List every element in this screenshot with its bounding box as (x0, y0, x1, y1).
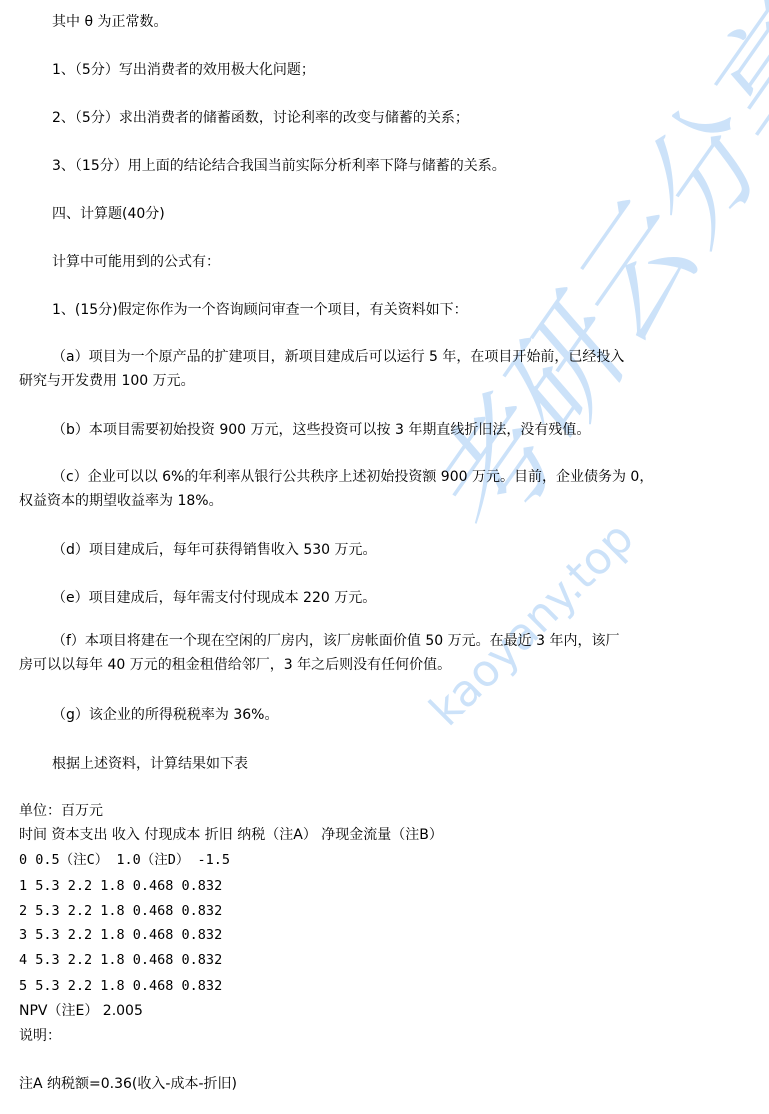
table-intro: 根据上述资料，计算结果如下表 (52, 755, 248, 773)
item-f: （f）本项目将建在一个现在空闲的厂房内，该厂房帐面价值 50 万元。在最近 3 … (52, 632, 619, 650)
item-e: （e）项目建成后，每年需支付付现成本 220 万元。 (52, 589, 376, 607)
npv-row: NPV（注E） 2.005 (19, 1002, 143, 1020)
calc-question-1: 1、(15分)假定你作为一个咨询顾问审查一个项目，有关资料如下： (52, 301, 468, 319)
table-unit: 单位：百万元 (19, 802, 103, 820)
item-b: （b）本项目需要初始投资 900 万元，这些投资可以按 3 年期直线折旧法，没有… (52, 421, 590, 439)
table-row-4: 4 5.3 2.2 1.8 0.468 0.832 (19, 951, 222, 969)
item-a: （a）项目为一个原产品的扩建项目，新项目建成后可以运行 5 年，在项目开始前，已… (52, 348, 624, 366)
section-heading-calc: 四、计算题(40分) (52, 205, 165, 223)
table-row-3: 3 5.3 2.2 1.8 0.468 0.832 (19, 926, 222, 944)
paragraph-theta: 其中 θ 为正常数。 (52, 13, 167, 31)
item-d: （d）项目建成后，每年可获得销售收入 530 万元。 (52, 541, 377, 559)
item-c: （c）企业可以以 6%的年利率从银行公共秩序上述初始投资额 900 万元。目前，… (52, 468, 653, 486)
item-c-cont: 权益资本的期望收益率为 18%。 (19, 492, 223, 510)
question-2: 2、（5分）求出消费者的储蓄函数，讨论利率的改变与储蓄的关系； (52, 109, 469, 127)
item-f-cont: 房可以以每年 40 万元的租金租借给邻厂，3 年之后则没有任何价值。 (19, 656, 451, 674)
watermark-url: kaoyany.top (420, 512, 644, 736)
question-1: 1、（5分）写出消费者的效用极大化问题； (52, 61, 315, 79)
item-a-cont: 研究与开发费用 100 万元。 (19, 372, 195, 390)
table-row-5: 5 5.3 2.2 1.8 0.468 0.832 (19, 977, 222, 995)
formula-intro: 计算中可能用到的公式有： (52, 253, 220, 271)
table-row-0: 0 0.5（注C） 1.0（注D） -1.5 (19, 851, 230, 869)
table-row-2: 2 5.3 2.2 1.8 0.468 0.832 (19, 902, 222, 920)
table-header: 时间 资本支出 收入 付现成本 折旧 纳税（注A） 净现金流量（注B） (19, 826, 443, 844)
table-row-1: 1 5.3 2.2 1.8 0.468 0.832 (19, 877, 222, 895)
explain-label: 说明： (19, 1027, 61, 1045)
note-a: 注A 纳税额=0.36(收入-成本-折旧) (19, 1075, 237, 1093)
item-g: （g）该企业的所得税税率为 36%。 (52, 706, 278, 724)
question-3: 3、（15分）用上面的结论结合我国当前实际分析利率下降与储蓄的关系。 (52, 157, 506, 175)
